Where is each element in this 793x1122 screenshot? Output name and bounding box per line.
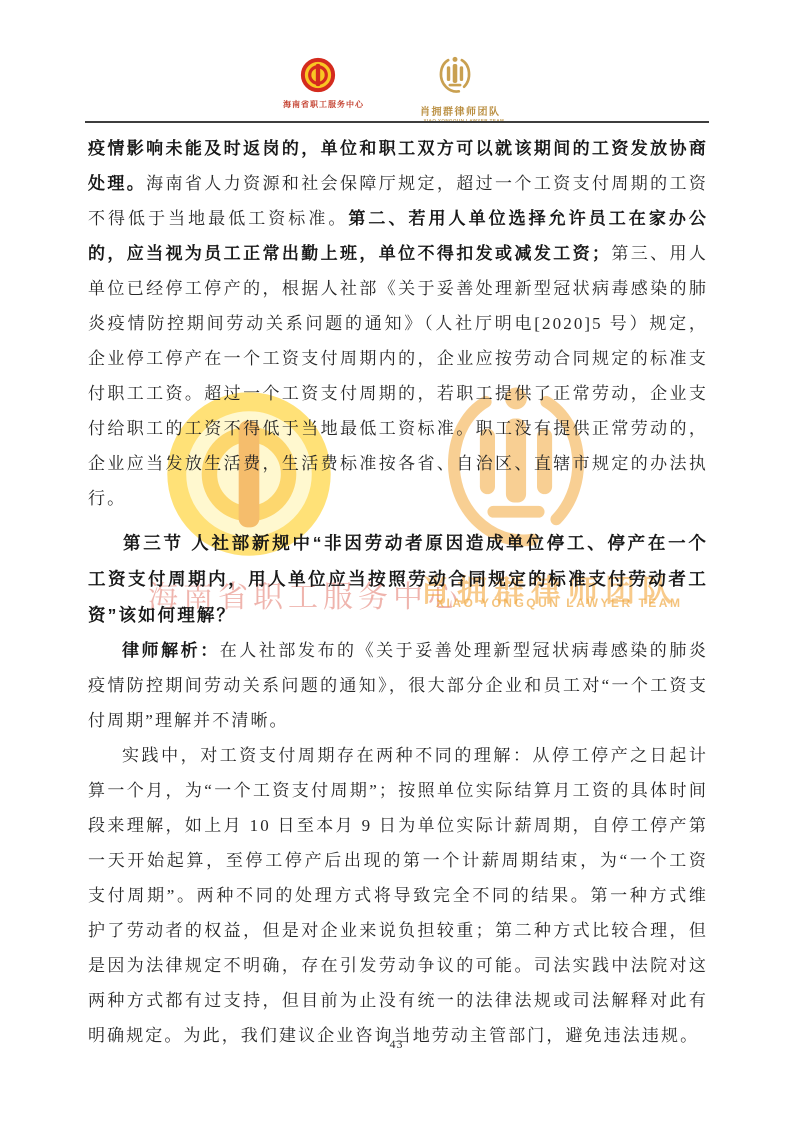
lawyer-team-emblem-icon bbox=[436, 55, 474, 98]
page-number: 43 bbox=[0, 1037, 793, 1052]
document-body: 疫情影响未能及时返岗的，单位和职工双方可以就该期间的工资发放协商处理。海南省人力… bbox=[88, 131, 708, 1053]
header-right-logo: 肖拥群律师团队 XIAO YONGQUN LAWYER TEAM bbox=[420, 55, 490, 124]
section-heading: 第三节 人社部新规中“非因劳动者原因造成单位停工、停产在一个工资支付周期内，用人… bbox=[88, 525, 708, 633]
document-page: 海南省职工服务中心 肖拥群律师团队 XIAO YONGQUN LAWYER TE… bbox=[0, 0, 793, 1122]
paragraph-run: 第三、用人单位已经停工停产的，根据人社部《关于妥善处理新型冠状病毒感染的肺炎疫情… bbox=[88, 244, 708, 508]
paragraph-lawyer-analysis: 律师解析：在人社部发布的《关于妥善处理新型冠状病毒感染的肺炎疫情防控期间劳动关系… bbox=[88, 633, 708, 738]
header-right-logo-caption: 肖拥群律师团队 bbox=[420, 103, 490, 118]
paragraph-wage-rules: 疫情影响未能及时返岗的，单位和职工双方可以就该期间的工资发放协商处理。海南省人力… bbox=[88, 131, 708, 516]
header-left-logo: 海南省职工服务中心 bbox=[283, 57, 353, 110]
paragraph-practice-interpretation: 实践中，对工资支付周期存在两种不同的理解：从停工停产之日起计算一个月，为“一个工… bbox=[88, 738, 708, 1053]
lawyer-analysis-label: 律师解析： bbox=[122, 641, 220, 660]
header-rule bbox=[85, 121, 709, 123]
header-left-logo-caption: 海南省职工服务中心 bbox=[283, 99, 353, 110]
union-emblem-icon bbox=[300, 57, 336, 93]
